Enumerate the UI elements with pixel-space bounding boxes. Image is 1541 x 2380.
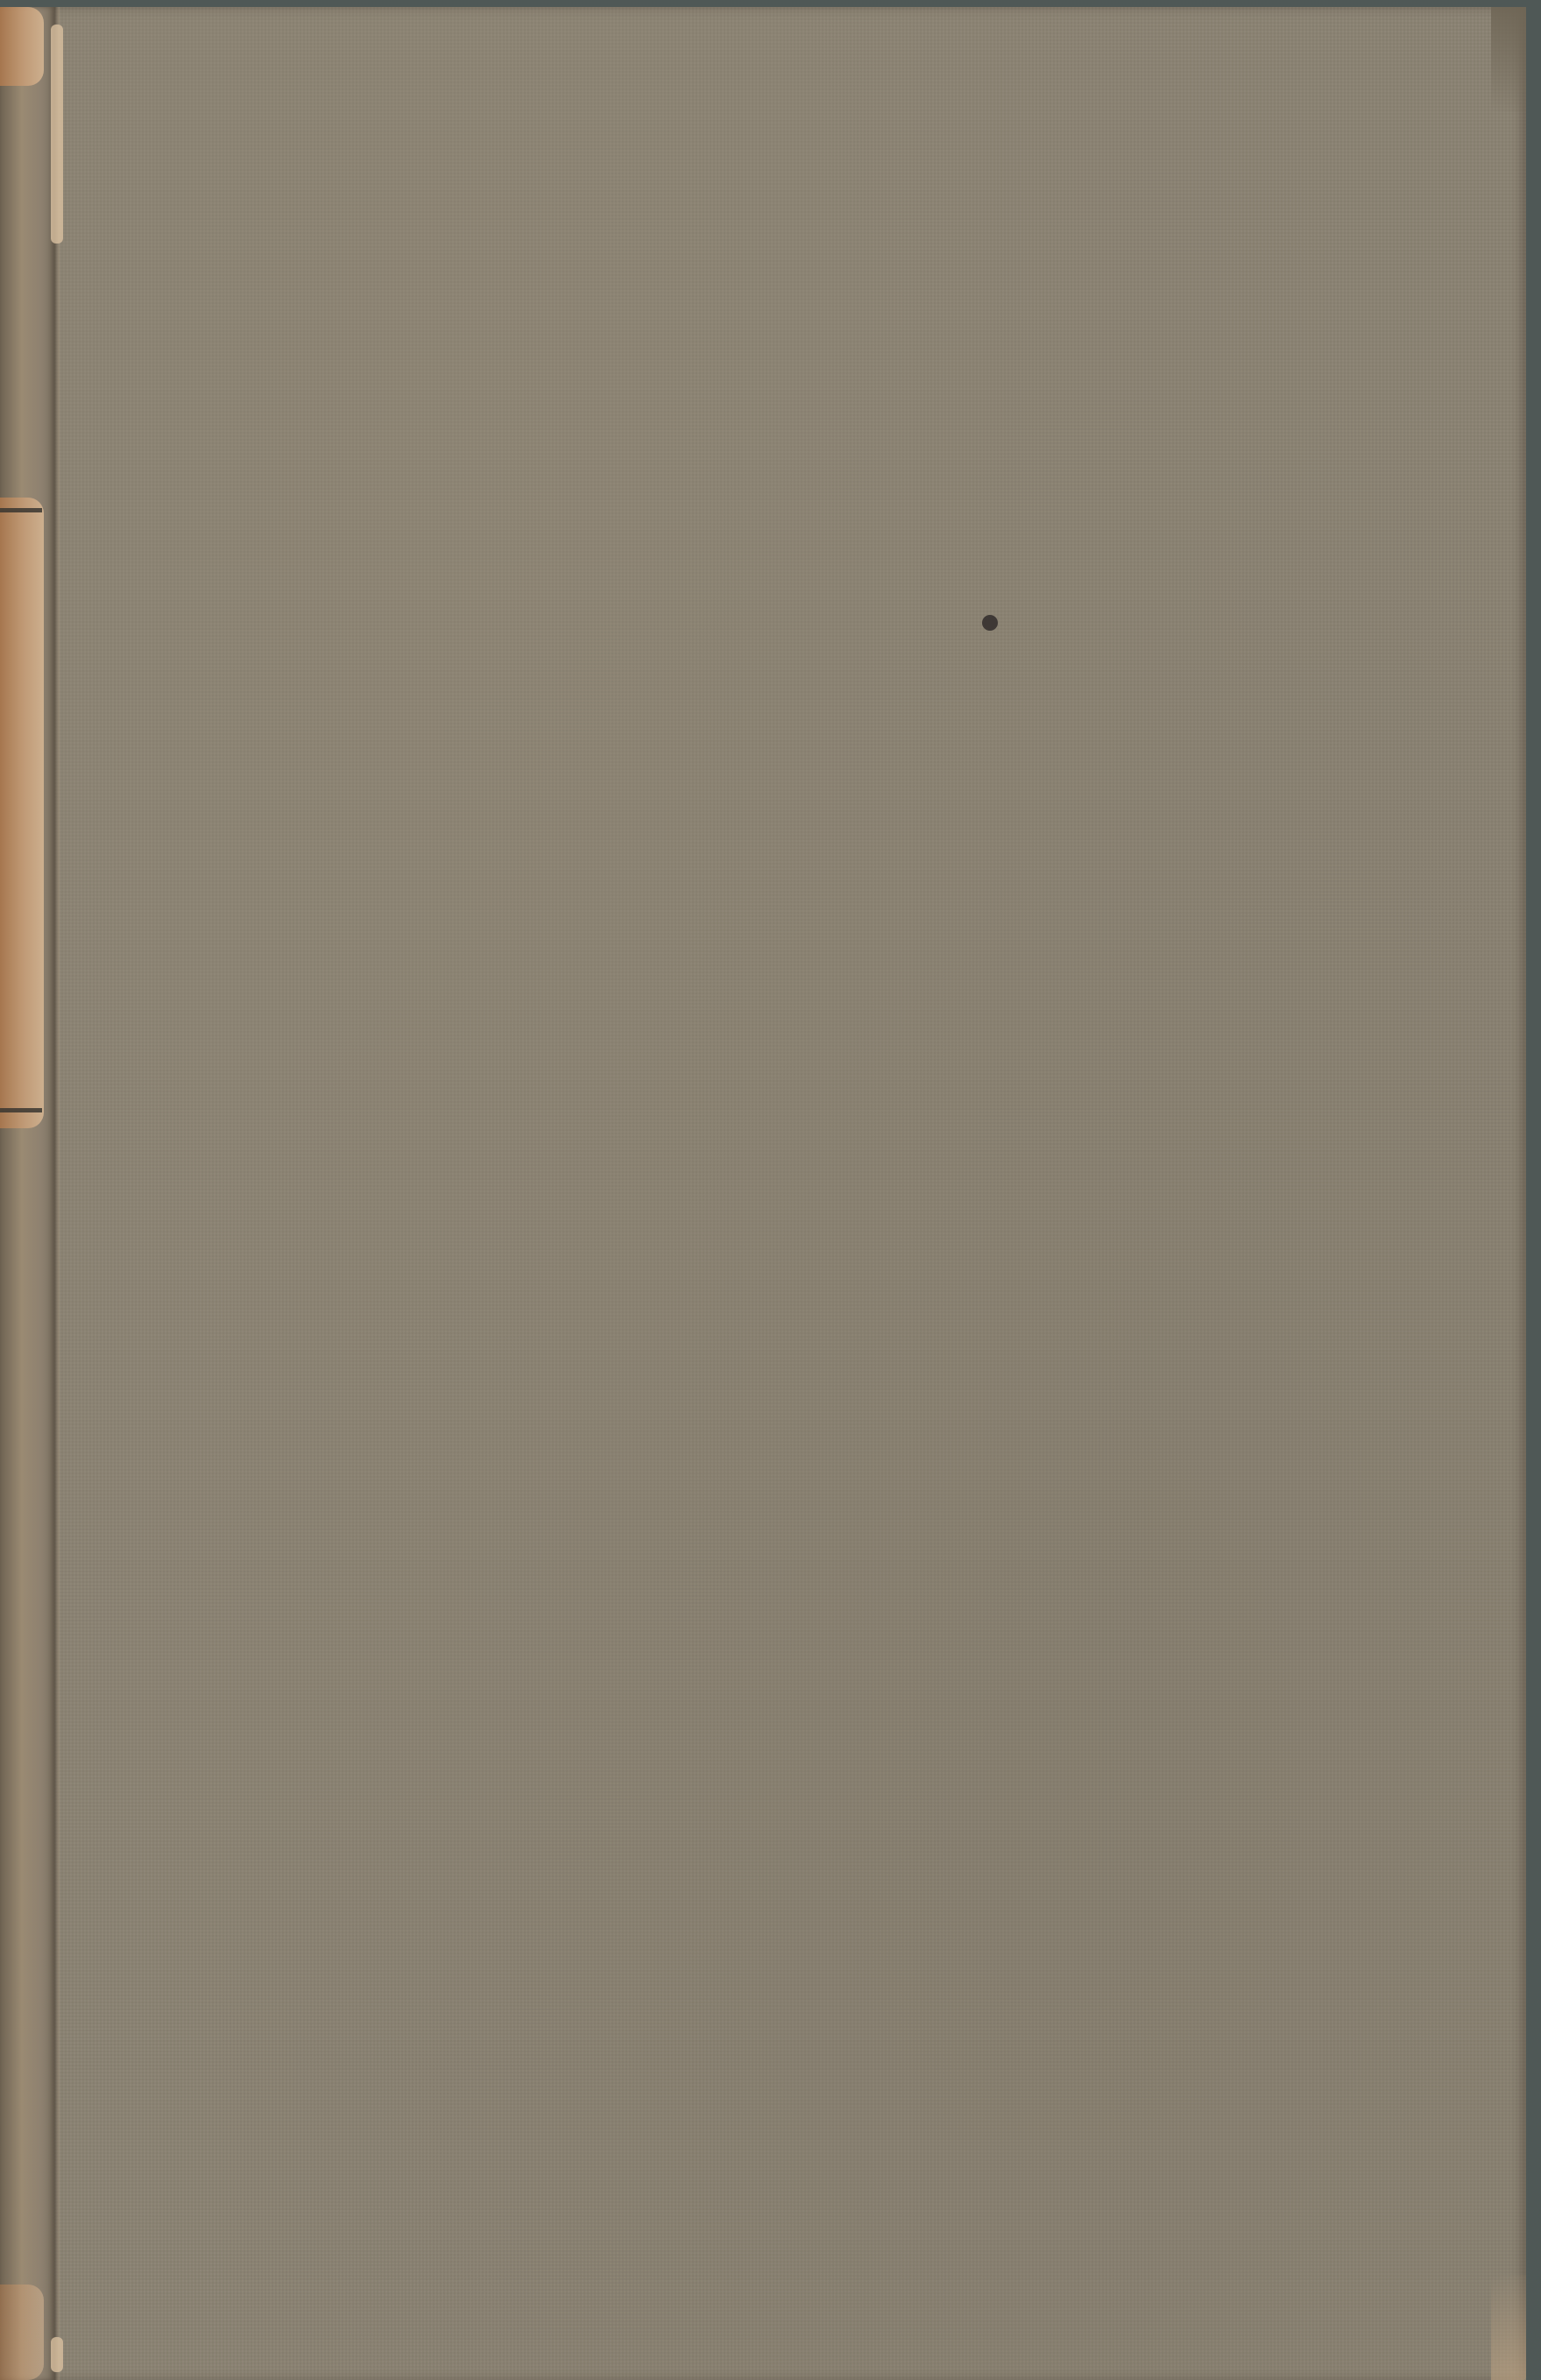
cover-hinge [54,7,60,2380]
corner-wear-top-right [1491,7,1526,112]
spine-band-upper [0,508,42,512]
spine-wear-bottom [0,2285,44,2380]
hinge-tear-top [51,25,63,244]
book-cover [0,7,1526,2380]
spine-wear-middle [0,498,44,1128]
hinge-tear-bottom [51,2337,63,2372]
spine-band-lower [0,1108,42,1112]
corner-wear-bottom-right [1491,2275,1526,2380]
book-spine [0,7,54,2380]
dark-spot [982,615,998,631]
spine-wear-top [0,7,44,86]
photo-scene [0,0,1541,2380]
